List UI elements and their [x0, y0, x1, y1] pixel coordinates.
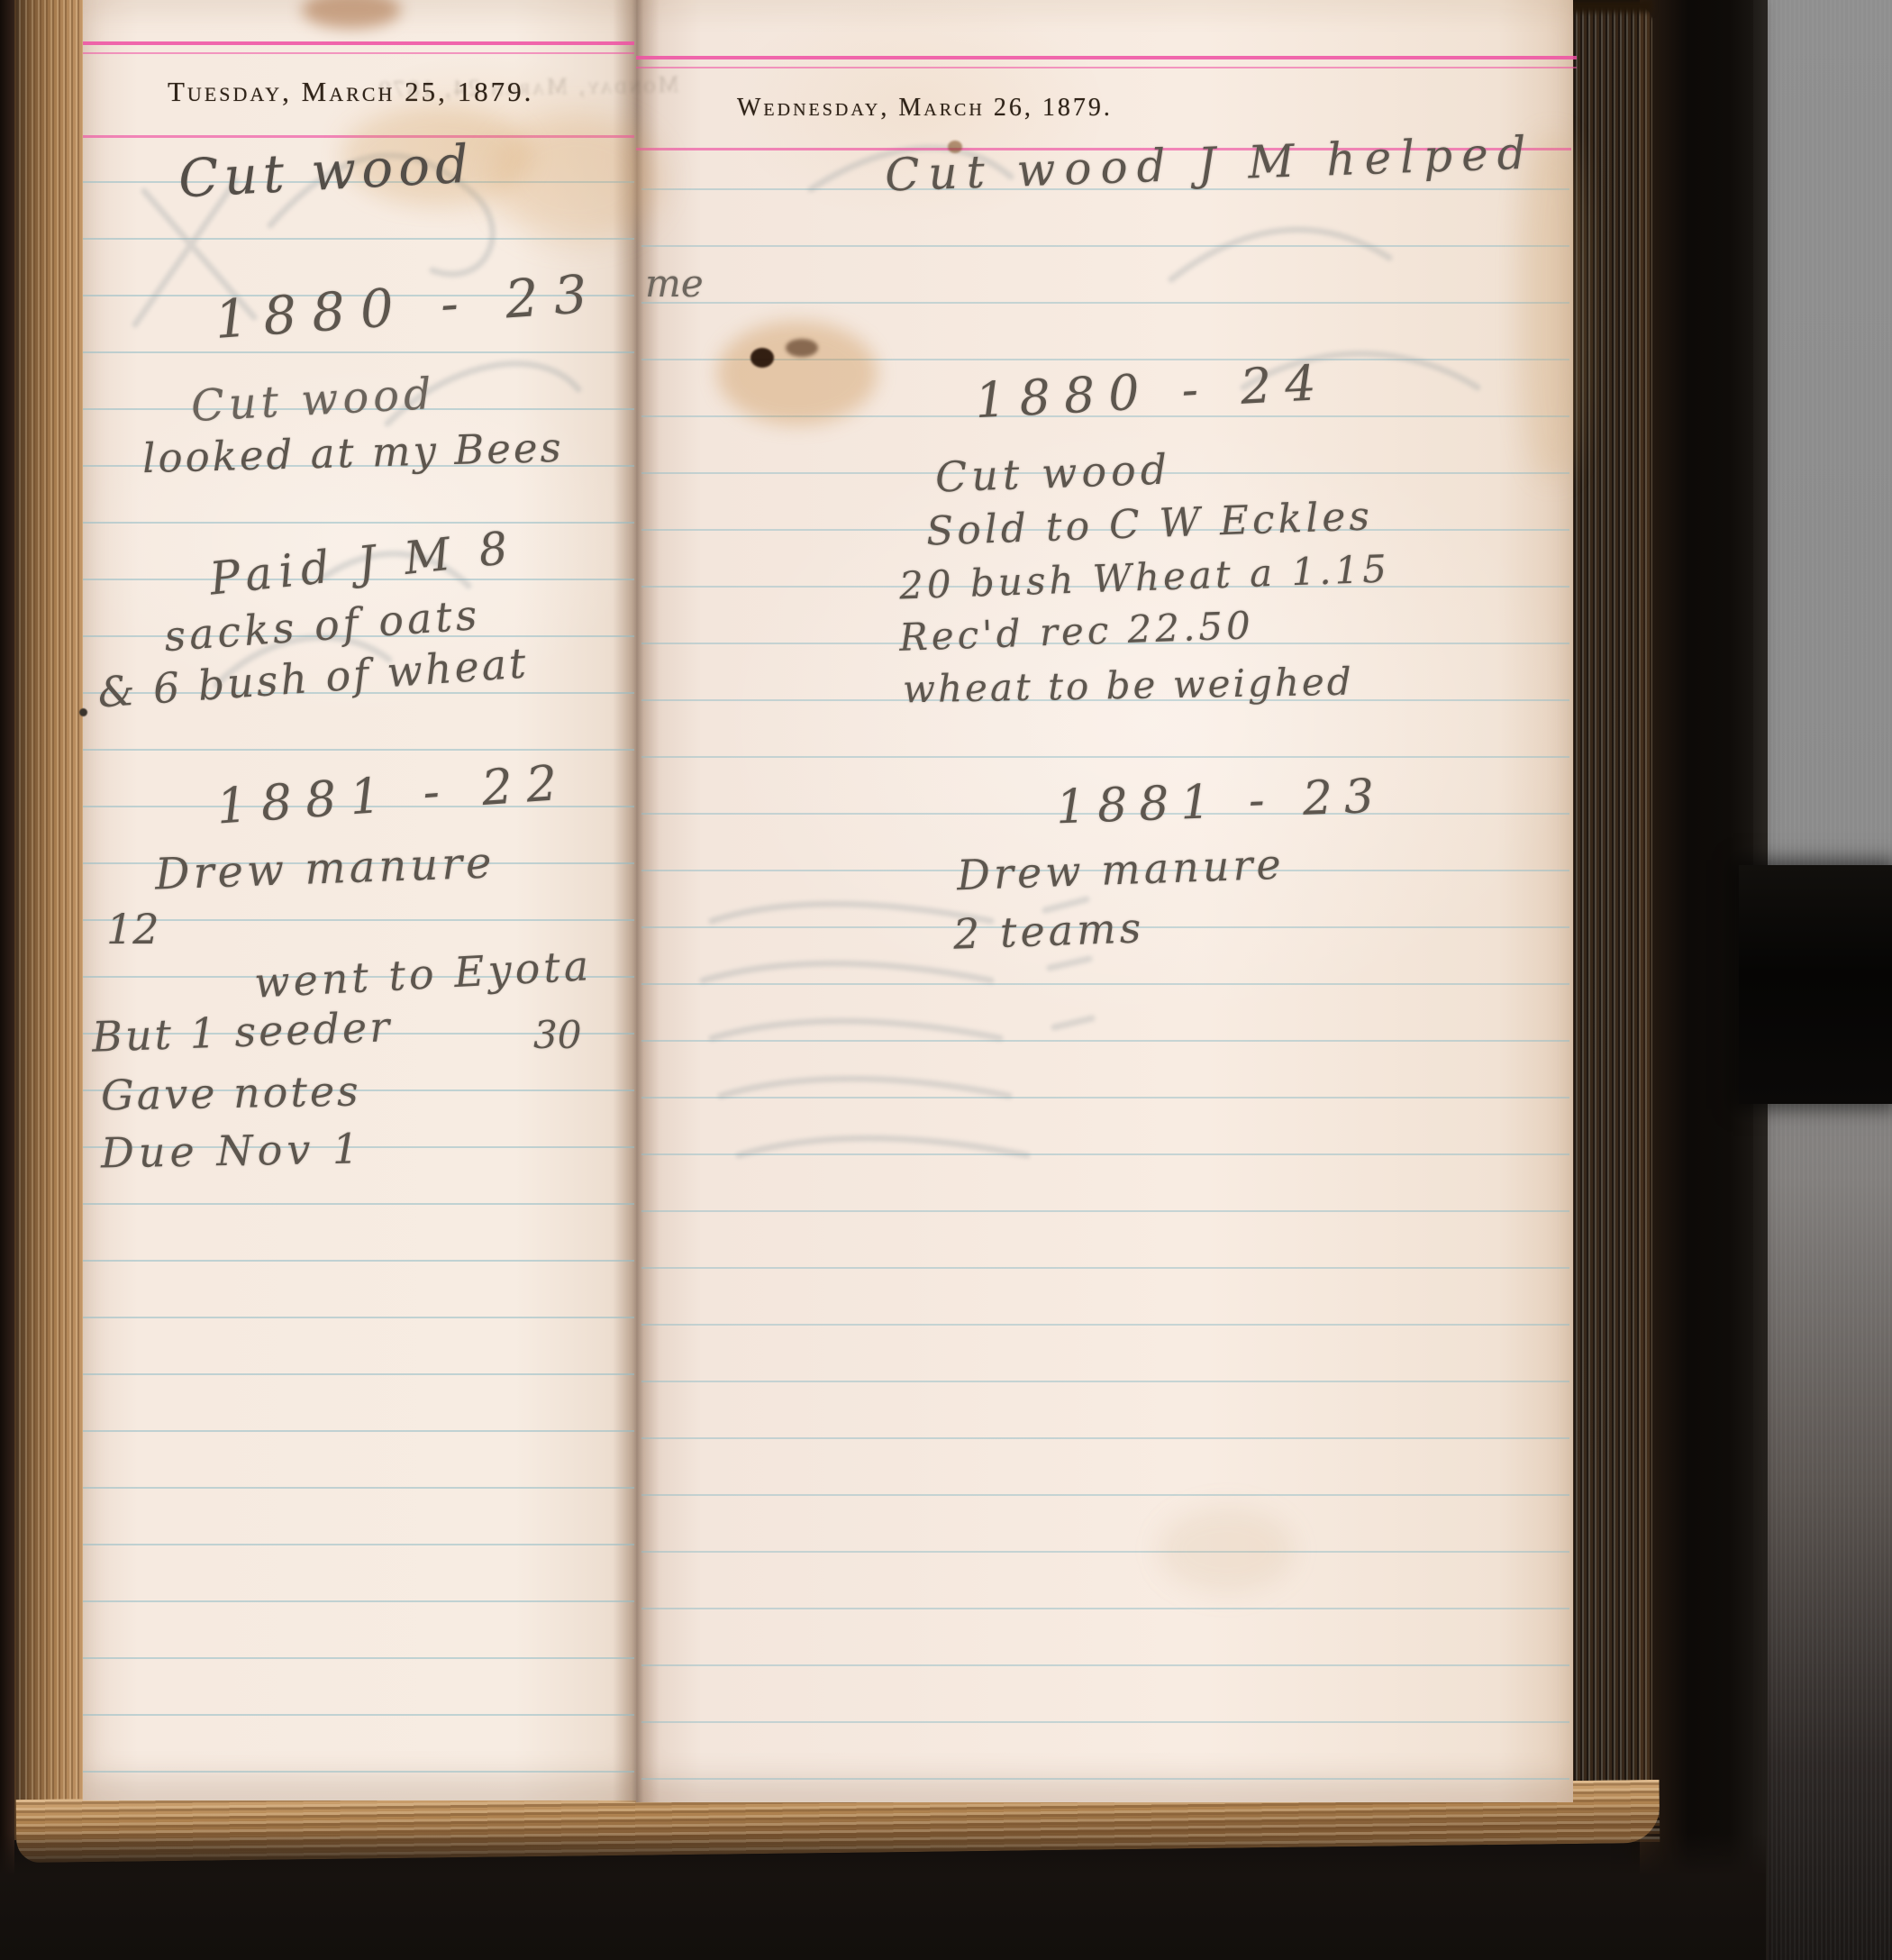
diary-entry-line: Gave notes: [101, 1066, 362, 1119]
diary-entry-line: Cut wood: [934, 444, 1172, 501]
pink-rule: [83, 135, 634, 138]
pink-rule: [83, 41, 634, 45]
book-spine-edge: [0, 0, 14, 1960]
diary-entry-line: 1881 - 23: [1055, 770, 1387, 835]
diary-entry-line: me: [645, 261, 704, 305]
printed-date-header-right: Wednesday, March 26, 1879.: [737, 94, 1113, 123]
book-clasp-strap: [1739, 865, 1892, 1104]
diary-entry-line: wheat to be weighed: [903, 660, 1354, 712]
diary-entry-line: Due Nov 1: [101, 1124, 364, 1177]
diary-entry-line: 2 teams: [952, 903, 1145, 958]
scan-shadow-bottom: [0, 1833, 1766, 1960]
page-edges-right: [1569, 5, 1652, 1799]
pink-rule: [636, 56, 1577, 59]
printed-date-header-left: Tuesday, March 25, 1879.: [168, 76, 533, 108]
diary-page-right: [636, 0, 1573, 1802]
pink-rule: [636, 67, 1577, 68]
page-edges-left: [13, 0, 85, 1840]
diary-scan: Tuesday, March 25, 1879. Wednesday, Marc…: [0, 0, 1892, 1960]
diary-entry-line: 12: [106, 905, 159, 953]
diary-entry-amount: 30: [533, 1013, 581, 1057]
pink-rule: [83, 52, 634, 54]
